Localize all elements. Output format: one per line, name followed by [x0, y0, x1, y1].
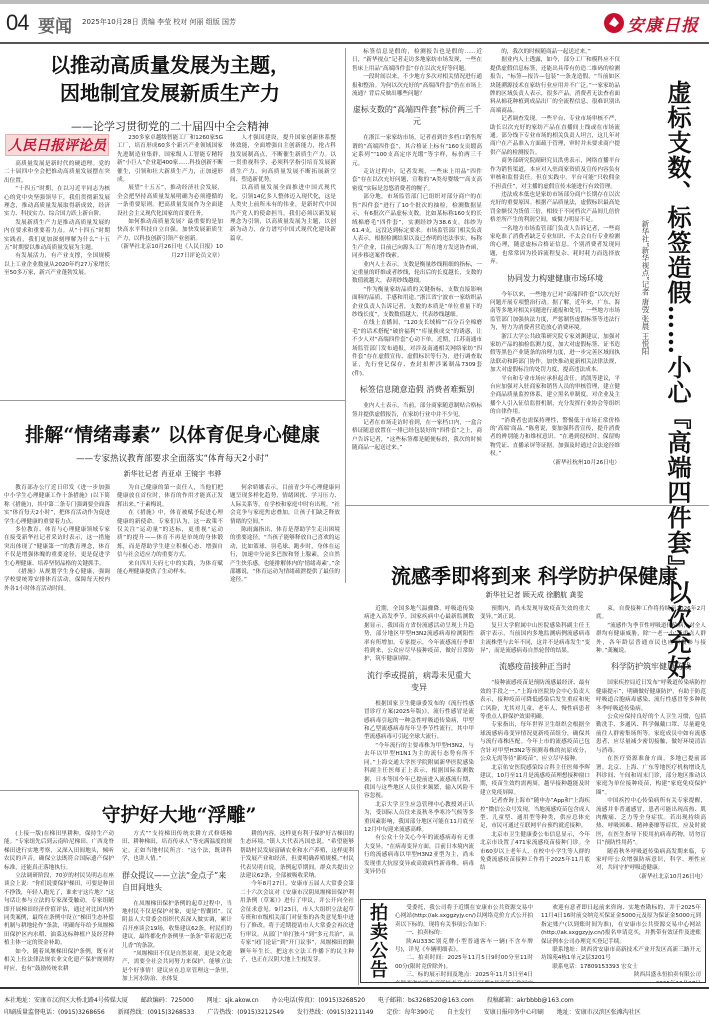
paragraph: 陈雨露指出，体育是帮助学生走出困境的重要途径，“当孩子能够释放自己喜欢的运动，比… [230, 526, 340, 585]
footer-email[interactable]: 电子邮箱：bs3268520@163.com [378, 997, 474, 1004]
fields-column-3: 耕的内容，这样更有利于保护好古梯田的生态环境。”镇人大代表冯国忠说。“希望能够帮… [240, 830, 354, 982]
footer-distribution-hotline: 发行热线：(0915)3211149 [297, 1009, 374, 1016]
issue-meta: 2025年10月28日 责编 李莹 校对 何丽 组版 国芳 [82, 17, 236, 27]
paragraph: 一名地方市场监管部门负责人告诉记者，一些商家吃准了消费者缺乏专业知识、不太会自行… [490, 225, 620, 267]
fields-column-2: 方式”“支持梯田传统农耕方式修缮梯田、耕种梯田，培育传承人”等充满温度的规定。正… [122, 830, 232, 982]
lead-column-1: 高质量发展是新时代的硬道理。党的二十届四中全会把推动高质量发展摆在突出位置。 “… [4, 160, 110, 395]
paragraph: 北京市卫生健康委公布信息显示，今年北京市设置了471家流感疫苗接种门诊。全市60… [480, 831, 590, 873]
footer-postcode: 邮政编码：725000 [141, 997, 194, 1004]
labels-subhead-2: 标签信息随意造假 消费者难甄别 [352, 384, 482, 396]
paragraph: 预期内，尚未发现导致疫苗失效的重大变异。”刘正说。 [480, 605, 590, 622]
source-note: （新华社杭州10月26日电） [490, 459, 620, 467]
divider [0, 790, 358, 791]
paragraph: 立法调研阶段，70岁的村民吴明志在座谈会上说：“你们说要保护梯田，可要是种田不挣… [4, 872, 114, 948]
paragraph: 束，自费接种工作将持续至2026年2月底。 [596, 605, 706, 622]
paragraph: 二、拍卖时间：2025年11月5日9时00分至11时00分(限时竞价除外)。 [395, 954, 533, 971]
paragraph: 公众应保持良好的个人卫生习惯，包括勤洗手、多通风、科学佩戴口罩、尽量避免前往人群… [596, 713, 706, 755]
column-badge: 人民日报评论员 [5, 134, 109, 156]
paragraph: 一、拍卖标的： [395, 929, 533, 937]
footer-address: 本社地址：安康市汉滨区大桥北路4号传媒大厦 [4, 997, 128, 1004]
paragraph: 如今，随着凤堰梯田保护条例，既有对相关上位法律法规农业文化遗产保护规则的呼应，也… [4, 948, 114, 973]
fields-title: 守护好大地“浮雕” [0, 800, 358, 827]
paragraph: 国家疾控局近日发布“呼吸道传染病防控健康提示”，明确做好健康防护，有助于防范呼吸… [596, 679, 706, 713]
paragraph: 近期，全国多地气温骤降，呼吸道传染病进入高发季节。国家疾病中心最新监测数据显示，… [364, 605, 474, 664]
paragraph: 违法成本低也是家纺市场部分商户长期存在以次充好的重要原因。根据产品质量法，虚假标… [490, 191, 620, 225]
paragraph: 在医疗资源准备方面，多地已提前部署。北京、上海、广东等地医疗机构增设儿科诊间、午… [596, 755, 706, 797]
paragraph: 部分地，市场监管部门已组织对部分商户的在售“四件套”进行了10个批次的抽检，检测… [352, 193, 482, 260]
paragraph: 记者在市场走访时看到，在一家档口内，一盒合格证随意放置在一排已经包装好的“四件套… [352, 419, 482, 453]
paragraph: 展望“十五五”，推动经济社会发展，全会把坚持高质量发展明确为必须遵循的一条重要原… [117, 184, 223, 218]
paragraph: “凤堰梯田不仅是自然景观，更是文化遗产，需要全社会共同努力来保护。能够立法是个好… [122, 950, 232, 982]
paragraph: 记者调查发现，一些平台、专业市场审核不严，助长以次充好的家纺产品在直播间上线或在… [490, 115, 620, 157]
flu-title: 流感季即将到来 科学防护保健康 [360, 560, 709, 589]
paragraph: 走访过程中，记者发现，一些床上用品“四件套”存在以次充好问题，宣称的“A类母婴级… [352, 168, 482, 193]
lead-title-line2: 因地制宜发展新质生产力 [0, 80, 340, 106]
footer-row-2: 印刷质量监督电话：(0915)3268656 新闻热线：(0915)326853… [4, 1007, 705, 1019]
paragraph: 根据国家卫生健康委发布的《流行性感冒诊疗方案(2025年版)》，流行性感冒是流感… [364, 700, 474, 742]
paragraph: 有公众十分关心今年的流感病毒有无重大变异。“在病毒变异方面，目前日本境内流行的流… [364, 834, 474, 876]
footer: 本社地址：安康市汉滨区大桥北路4号传媒大厦 邮政编码：725000 网址：sjk… [0, 987, 709, 1024]
paragraph: 复旦大学附属中山医院感染科副主任王新宇表示，当前国内多地监测病例流感病毒主流株型… [480, 622, 590, 656]
flu-column-2: 预期内，尚未发现导致疫苗失效的重大变异。”刘正说。 复旦大学附属中山医院感染科副… [480, 605, 590, 890]
footer-price: 定价：每年390元 [386, 1009, 433, 1016]
paragraph: (上接一版)在梯田里耕种，保持生产动能。“专家组先后到云南哈尼梯田、广西龙脊梯田… [4, 830, 114, 872]
newspaper-logo-icon [604, 13, 624, 33]
contact-phone: 联系电话：17809153393 宏女士 [541, 963, 701, 971]
source-note: （新华社北京10月26日电《人民日报》10月27日评论员文章） [117, 243, 223, 260]
footer-ad-hotline: 广告热线：(0915)3212549 [207, 1009, 284, 1016]
paragraph: 耕的内容，这样更有利于保护好古梯田的生态环境。”镇人大代表冯国忠说。“希望能够帮… [240, 830, 354, 880]
auction-title: 拍卖公告 [366, 904, 392, 980]
emotion-title: 排解“情绪毒素” 以体育促身心健康 [0, 420, 345, 447]
paragraph: 北京大学卫生应急管理中心教授刘正认为，受国际人员往来及秋冬季寒冷气候等多重因素影… [364, 801, 474, 835]
lead-subtitle: ——论学习贯彻党的二十届四中全会精神 [0, 118, 340, 134]
labels-subhead-1: 虚标支数的“高端四件套”标价两三千元 [352, 104, 482, 128]
flu-subhead-2: 流感疫苗接种正当时 [480, 661, 590, 673]
paragraph: 在《措施》中，体育被赋予促进心理健康的新使命。专家们认为，这一政策不仅关注“运动… [117, 509, 223, 559]
paragraph: 陕AU333C别克牌小型普通客车一辆(不含车牌号)，详见《车辆明细表》。 [395, 938, 533, 955]
lead-column-2: 230多家卓越级智能工厂和1260家5G工厂，培育形成60多个新兴产业领域国家先… [117, 134, 223, 395]
column-badge-text: 人民日报评论员 [8, 135, 106, 155]
paragraph: 一段时间以来，不少地方多次对相关情况进行通报和整治。为何以次充好的“高端四件套”… [352, 73, 482, 98]
paragraph: 商务部研究院副研究员洪勇表示，网络直播平台作为销售渠道，本应对入驻商家资质及宣传… [490, 157, 620, 191]
paragraph: 发展新质生产力是推动高质量发展的内在要求和重要着力点。从“十四五”时期实践看，我… [4, 219, 110, 253]
paragraph: “流感作为季节性呼吸道传染病，对全人群均有健康威胁，除‘一老一小’等重点人群外，… [596, 622, 706, 656]
flu-column-1: 近期，全国多地气温骤降，呼吸道传染病进入高发季节。国家疾病中心最新监测数据显示，… [364, 605, 474, 890]
paragraph: 在浙江一家家纺市场，记者看到许多档口销售所谓的“高端四件套”，其合格证上标有“1… [352, 134, 482, 168]
paragraph: 多位教育、体育与心理健康领域专家在接受新华社记者采访时表示，这一措施突出体现了“… [4, 526, 110, 568]
fields-subhead: 群众提议——立法“金点子”来自田间地头 [122, 870, 232, 894]
paragraph: 来自四川天府七中的实践，为体育赋能心理健康提供了生动样本。 [117, 560, 223, 577]
flu-subhead-1: 流行季或提前，病毒未见重大变异 [364, 670, 474, 694]
paragraph: 230多家卓越级智能工厂和1260家5G工厂，培育形成60多个新兴产业领域国家先… [117, 134, 223, 184]
paragraph: 高质量发展是新时代的硬道理。党的二十届四中全会把推动高质量发展摆在突出位置。 [4, 160, 110, 185]
footer-news-hotline: 新闻热线：(0915)3268533 [118, 1009, 195, 1016]
paragraph: 业内人士表示，当前，部分商家随意制贴合格标签并提供虚假报告，在家纺行业中并不少见… [352, 402, 482, 419]
lead-title-line1: 以推动高质量发展为主题， [0, 52, 340, 78]
paragraph: “作为衡量家纺品质的关键指标，支数直接影响面料的品质、手感和用途。”浙江省宁波市… [352, 286, 482, 320]
paragraph: 受委托，我公司将于近期在安康市公共资源交易中心网站(http://ak.sxgg… [395, 904, 533, 929]
footer-submission-email[interactable]: 投稿邮箱：akrbbbb@163.com [487, 997, 574, 1004]
section-name: 要闻 [38, 12, 72, 37]
paragraph: “消费者也需保持理性，警惕低于市场正常价格的‘高端’商品。”陈勇说，要加强科普宣… [490, 417, 620, 459]
paragraph: “接种流感疫苗是预防流感最经济、最有效的手段之一。”上海市医院协会中心负责人表示… [480, 679, 590, 721]
paragraph: 据业内人士透露，如今，部分工厂和模科应不仅提供虚假信息标签，还能出具带有仿造二维… [490, 56, 620, 115]
footer-row-1: 本社地址：安康市汉滨区大桥北路4号传媒大厦 邮政编码：725000 网址：sjk… [4, 995, 705, 1007]
divider [345, 48, 346, 583]
labels-subhead-3: 协同发力构建健康市场环境 [490, 273, 620, 285]
auction-date: 2025年10月27日 [541, 980, 701, 982]
paragraph: 在线上直播间，“120支长绒棉”“百分百全棉磨毛”的话术搭配“破价福利”“库量换… [352, 319, 482, 378]
paragraph: 何余娇娜表示，目前青少年心理健康问题呈现多样化趋势，情绪困扰、学习压力、人际关系… [230, 484, 340, 526]
emotion-byline: 新华社记者 肖亚卓 王镜宇 韦骅 [0, 469, 345, 479]
paragraph: 以高质量发展全面推进中国式现代化，引领14亿多人整体迈入现代化，这是人类史上前所… [230, 184, 336, 243]
paragraph: 今年8月27日，安康市五届人大常委会第二十六次会议对《安康市汉阴凤堰梯田保护利用… [240, 880, 354, 964]
flu-byline: 新华社记者 顾天成 徐鹏航 龚雯 [360, 590, 709, 600]
paragraph: 北京佑安医院感染综合科主任医师李晖建议，10月至11月是流感疫苗理想接种窗口期，… [480, 764, 590, 798]
paragraph: 业内人士表示，支数是衡量纱线粗细的指标，一定重量的纤维或者纱线，轮出后的长度越长… [352, 261, 482, 286]
paragraph: 三、标的展示时间及地点：2025年11月3日至4日在陕西省安康市高新技术产业区汉… [395, 971, 533, 982]
flu-subhead-3: 科学防护筑牢健康防线 [596, 661, 706, 673]
paragraph: 欢迎有意者即日起前来咨询、实地查勘标的，并于2025年11月4日16时前交纳竞买… [541, 904, 701, 946]
emotion-subtitle: ——专家热议教育部要求全面落实“体育每天2小时” [0, 452, 345, 464]
paragraph: 标签信息是假的，检测报告也是假的……近日，“新华视点”记者走访多地家纺市场发现，… [352, 48, 482, 73]
paragraph: 教育部办公厅近日印发《进一步加强中小学生心理健康工作十条措施》(以下简称《措施》… [4, 484, 110, 526]
paragraph: 记者查询上海市“随申办”App和“上海疾控”微信公众号发现，当地流感疫苗包含成人… [480, 797, 590, 831]
paragraph: “今年流行的主要毒株为甲型H3N2，与去年以甲型H1N1为主的流行态势有所不同。… [364, 742, 474, 801]
footer-website[interactable]: 网址：sjk.akow.cn [207, 997, 259, 1004]
paragraph: 随着秋冬呼吸道传染病高发期来临，专家呼吁公众增强防病意识，科学、理性应对，共同守… [596, 848, 706, 873]
labels-column-2: 的，我次的时候随商品一起送过来。” 据业内人士透露，如今，部分工厂和模科应不仅提… [490, 48, 620, 503]
divider [358, 790, 359, 985]
logo-text: 安康日报 [627, 11, 699, 36]
auction-signer: 陕西昌盛永恒拍卖有限公司 [541, 971, 701, 979]
paragraph: “十四五”时期，在以习近平同志为核心的党中央坚强领导下，我们贯彻新发展理念，推动… [4, 185, 110, 219]
newspaper-logo[interactable]: 安康日报 [604, 10, 699, 36]
paragraph: 方式”“支持梯田传统农耕方式修缮梯田、耕种梯田，培育传承人”等充满温度的规定。正… [122, 830, 232, 864]
paragraph: 中国疾控中心传染病所有关专家提醒，流感并非普通感冒，患者可能出现高热、肌肉酸痛、… [596, 797, 706, 847]
divider [345, 505, 709, 506]
paragraph: 今年以来，一些地方已对“高端四件套”以次充好问题开展专项整治行动。据了解，近年来… [490, 291, 620, 333]
fields-column-1: (上接一版)在梯田里耕种，保持生产动能。“专家组先后到云南哈尼梯田、广西龙脊梯田… [4, 830, 114, 982]
labels-byline: 新华社“新华视点”记者 唐弢 张晨 王悦阳 [640, 220, 651, 355]
paragraph: 为自己健康的第一责任人，当他们把健康放在首位时，体育的作用才能真正发挥出来。”于… [117, 484, 223, 509]
emotion-column-2: 为自己健康的第一责任人，当他们把健康放在首位时，体育的作用才能真正发挥出来。”于… [117, 484, 223, 784]
emotion-column-1: 教育部办公厅近日印发《进一步加强中小学生心理健康工作十条措施》(以下简称《措施》… [4, 484, 110, 784]
paragraph: 平台和专业市场应承担起责任。尚凯等建议，平台应加强对入驻商家和销售人员的审核管理… [490, 375, 620, 417]
page-number: 04 [6, 10, 28, 36]
footer-distribution: 自主发行 [447, 1009, 471, 1016]
source-note: （新华社北京10月26日电） [596, 873, 706, 881]
divider [0, 400, 345, 401]
paragraph: 联系地址：陕西省安康市高新技术产业开发区高新三路开元坊锦苑4栋1单元2层3201… [541, 946, 701, 963]
masthead: 04 要闻 2025年10月28日 责编 李莹 校对 何丽 组版 国芳 安康日报 [0, 4, 709, 44]
footer-printer-address: 地址：安康市汉滨区张滩沟社区 [557, 1009, 641, 1016]
paragraph: 如何推动高质量发展？最重要的是加快高水平科技自立自强，加快发展新质生产力，以科技… [117, 218, 223, 243]
paragraph: 人才强国建设，提升国家创新体系整体效能，全面增强自主创新能力，抢占科技发展制高点… [230, 134, 336, 184]
paragraph: 浙江大学公共政策研究院专家刘渊建议，加强对家纺产品的抽检监测力度，加大对虚假标签… [490, 333, 620, 375]
paragraph: 专家指出，每年世界卫生组织会根据全球流感病毒变异情况更新疫苗组分，确保其与流行毒… [480, 721, 590, 763]
auction-right-column: 欢迎有意者即日起前来咨询、实地查勘标的，并于2025年11月4日16时前交纳竞买… [541, 904, 701, 982]
paragraph: 在凤堰梯田保护条例的起草过程中，当地村民不仅是保护对象，更是“智囊团”。汉阴县人… [122, 900, 232, 950]
footer-office-phone: 办公电话(传真)：(0915)3268520 [272, 997, 365, 1004]
lead-column-3: 人才强国建设，提升国家创新体系整体效能，全面增强自主创新能力，抢占科技发展制高点… [230, 134, 336, 395]
labels-column-1: 标签信息是假的，检测报告也是假的……近日，“新华视点”记者走访多地家纺市场发现，… [352, 48, 482, 503]
auction-notice: 拍卖公告 受委托，我公司将于近期在安康市公共资源交易中心网站(http://ak… [360, 899, 706, 983]
footer-printer: 安康日报印务中心印刷 [484, 1009, 544, 1016]
flu-column-3: 束，自费接种工作将持续至2026年2月底。 “流感作为季节性呼吸道传染病，对全人… [596, 605, 706, 890]
emotion-column-3: 何余娇娜表示，目前青少年心理健康问题呈现多样化趋势，情绪困扰、学习压力、人际关系… [230, 484, 340, 784]
paragraph: 有发展活力，有产业支撑，全国规模以上工业企业数量从2020年约27万家增长至50… [4, 252, 110, 277]
paragraph: 《措施》从规划学生身心健康，强调学校要统筹安排体育活动，保障每天校内外各1小时体… [4, 568, 110, 593]
auction-left-column: 受委托，我公司将于近期在安康市公共资源交易中心网站(http://ak.sxgg… [395, 904, 533, 982]
paragraph: 的，我次的时候随商品一起送过来。” [490, 48, 620, 56]
footer-quality-phone: 印刷质量监督电话：(0915)3268656 [4, 1009, 105, 1016]
